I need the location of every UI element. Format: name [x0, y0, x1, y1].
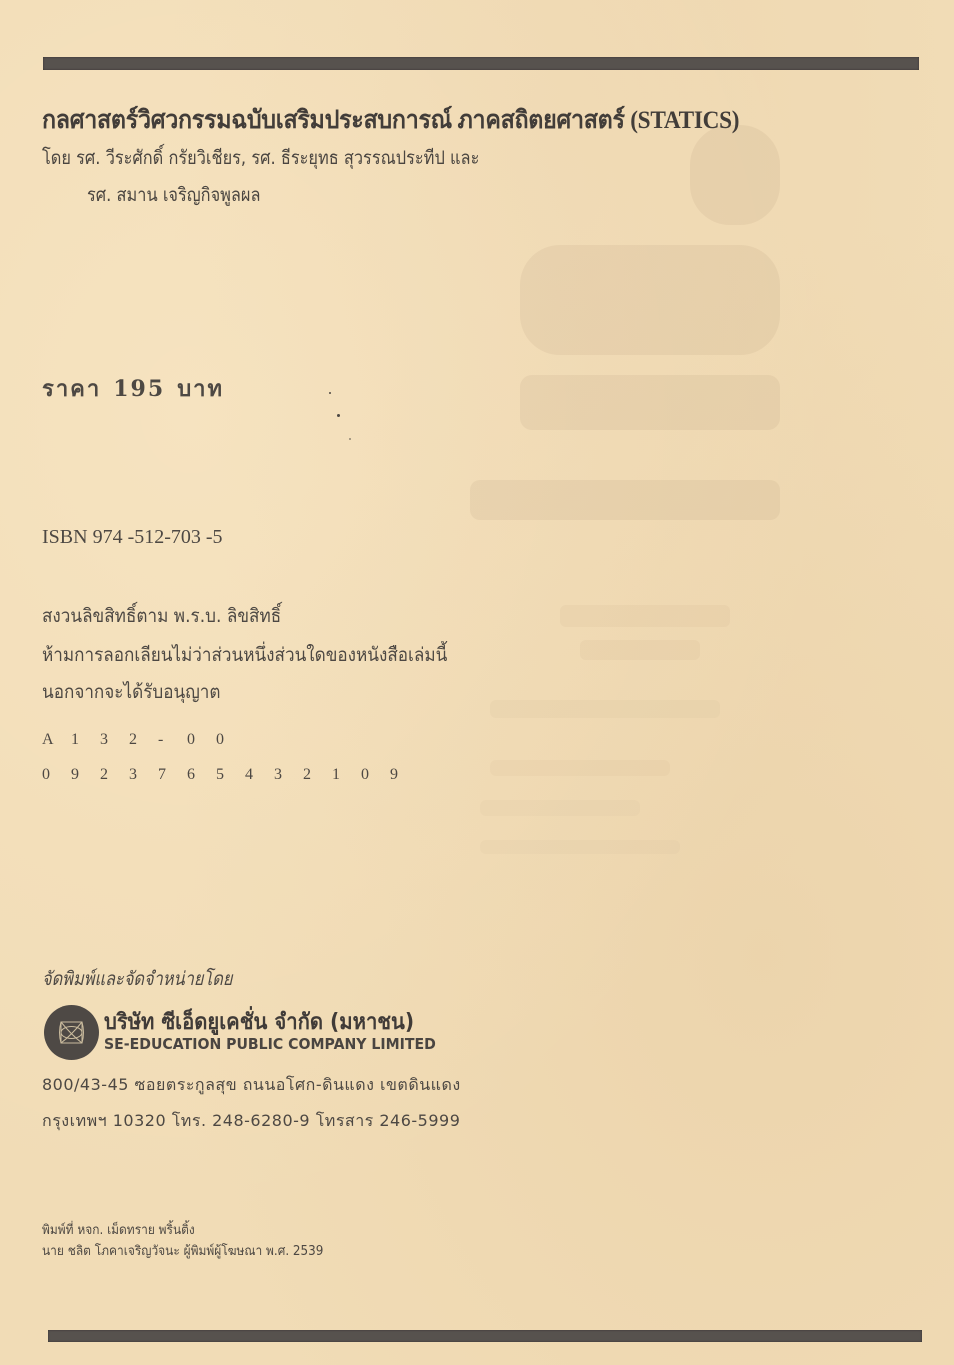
se-ed-globe-logo-icon	[44, 1005, 99, 1060]
bleed-through-shape	[580, 640, 700, 660]
code-digit: 9	[71, 766, 100, 784]
authors-line-2: รศ. สมาน เจริญกิจพูลผล	[87, 180, 261, 210]
code-digit: -	[158, 731, 187, 749]
code-digit: 3	[100, 731, 129, 749]
bleed-through-shape	[490, 760, 670, 776]
code-digit: 0	[361, 766, 390, 784]
code-digit: 3	[129, 766, 158, 784]
bleed-through-shape	[470, 480, 780, 520]
code-digit: 0	[42, 766, 71, 784]
publisher-name-english: SE-EDUCATION PUBLIC COMPANY LIMITED	[104, 1035, 436, 1053]
isbn: ISBN 974 -512-703 -5	[42, 526, 223, 549]
code-digit: 0	[187, 731, 216, 749]
code-digit: 6	[187, 766, 216, 784]
code-digit: 2	[100, 766, 129, 784]
bleed-through-shape	[480, 800, 640, 816]
code-digit: 2	[129, 731, 158, 749]
code-digit: 1	[332, 766, 361, 784]
code-digit: 0	[216, 731, 245, 749]
bleed-through-shape	[480, 840, 680, 854]
copyright-line-1: สงวนลิขสิทธิ์ตาม พ.ร.บ. ลิขสิทธิ์	[42, 601, 281, 631]
printer-info: พิมพ์ที่ หจก. เม็ดทราย พริ้นติ้ง	[42, 1219, 195, 1240]
bleed-through-shape	[490, 700, 720, 718]
distributed-by-label: จัดพิมพ์และจัดจำหน่ายโดย	[42, 964, 232, 994]
paper-speck	[349, 438, 351, 440]
authors-line-1: โดย รศ. วีระศักดิ์ กรัยวิเชียร, รศ. ธีระ…	[42, 143, 479, 173]
copyright-line-3: นอกจากจะได้รับอนุญาต	[42, 677, 220, 707]
code-digit: 5	[216, 766, 245, 784]
publisher-address-line-2: กรุงเทพฯ 10320 โทร. 248-6280-9 โทรสาร 24…	[42, 1109, 460, 1134]
code-digit: 1	[71, 731, 100, 749]
code-digit: 7	[158, 766, 187, 784]
price: ราคา195บาท	[42, 371, 224, 406]
globe-icon	[44, 1005, 99, 1060]
code-digit: 9	[390, 766, 419, 784]
code-digit: 3	[274, 766, 303, 784]
code-digit: 2	[303, 766, 332, 784]
bleed-through-shape	[560, 605, 730, 627]
publisher-person-info: นาย ชลิต โภคาเจริญวัจนะ ผู้พิมพ์ผู้โฆษณา…	[42, 1240, 323, 1261]
bleed-through-shape	[520, 245, 780, 355]
price-label: ราคา	[42, 376, 101, 402]
book-title: กลศาสตร์วิศวกรรมฉบับเสริมประสบการณ์ ภาคส…	[42, 100, 739, 140]
price-amount: 195	[113, 376, 165, 402]
bleed-through-shape	[520, 375, 780, 430]
print-run-numbers: 0923765432109	[42, 766, 419, 784]
publisher-name-thai: บริษัท ซีเอ็ดยูเคชั่น จำกัด (มหาชน)	[104, 1004, 414, 1039]
print-code: A132-00	[42, 731, 245, 749]
top-rule	[43, 57, 919, 70]
code-digit: A	[42, 731, 71, 749]
paper-speck	[337, 414, 340, 417]
publisher-address-line-1: 800/43-45 ซอยตระกูลสุข ถนนอโศก-ดินแดง เข…	[42, 1073, 461, 1098]
bottom-rule	[48, 1330, 922, 1342]
code-digit: 4	[245, 766, 274, 784]
paper-speck	[329, 392, 331, 394]
copyright-line-2: ห้ามการลอกเลียนไม่ว่าส่วนหนึ่งส่วนใดของห…	[42, 640, 447, 670]
bleed-through-shape	[690, 125, 780, 225]
price-currency: บาท	[177, 376, 224, 402]
